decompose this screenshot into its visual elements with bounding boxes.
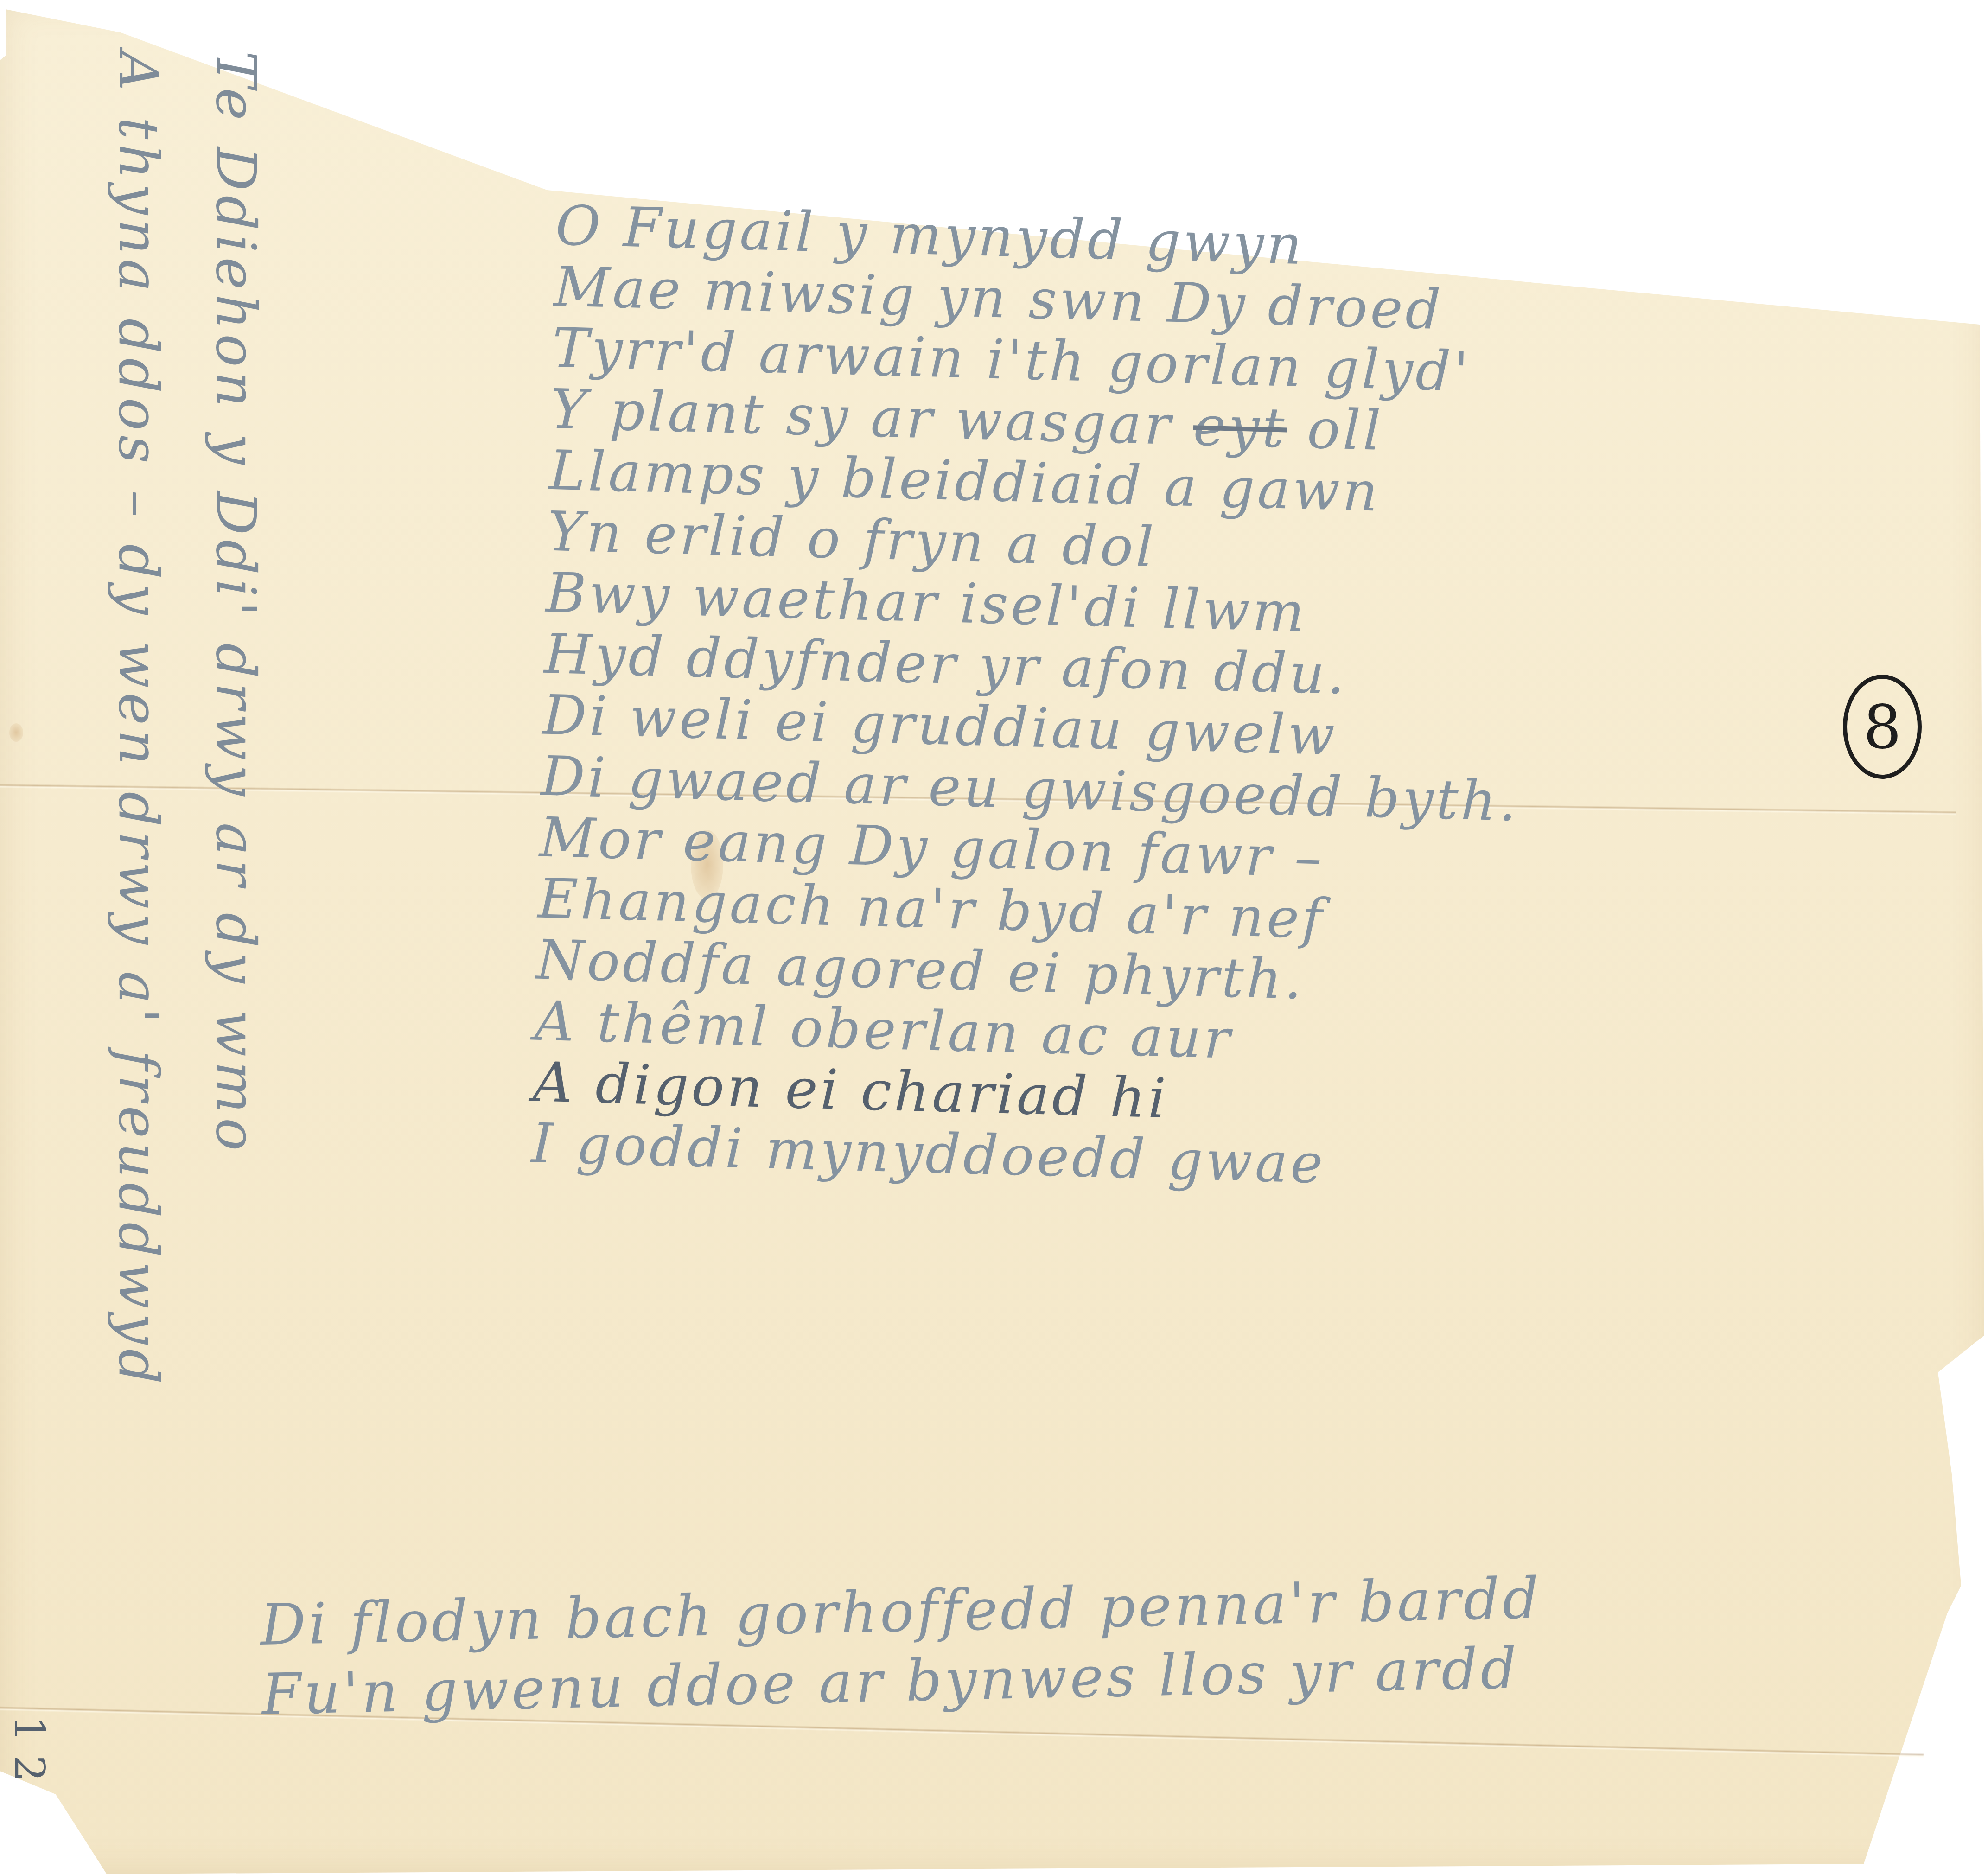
margin-note: Te Ddiehon y Ddi' drwy ar dy wmo A thyna… xyxy=(88,51,301,1794)
paper-stain xyxy=(9,723,23,742)
poem-line-text: oll xyxy=(1306,397,1384,463)
struck-word: eyt xyxy=(1192,394,1287,460)
margin-line: A thyna ddos – dy wen drwy a' freuddwyd xyxy=(107,51,171,1389)
edge-marks: 1 2 xyxy=(5,1715,53,1782)
poem-body: O Fugail y mynydd gwyn Mae miwsig yn swn… xyxy=(531,195,1900,1209)
margin-line: Te Ddiehon y Ddi' drwy ar dy wmo xyxy=(204,51,268,1155)
